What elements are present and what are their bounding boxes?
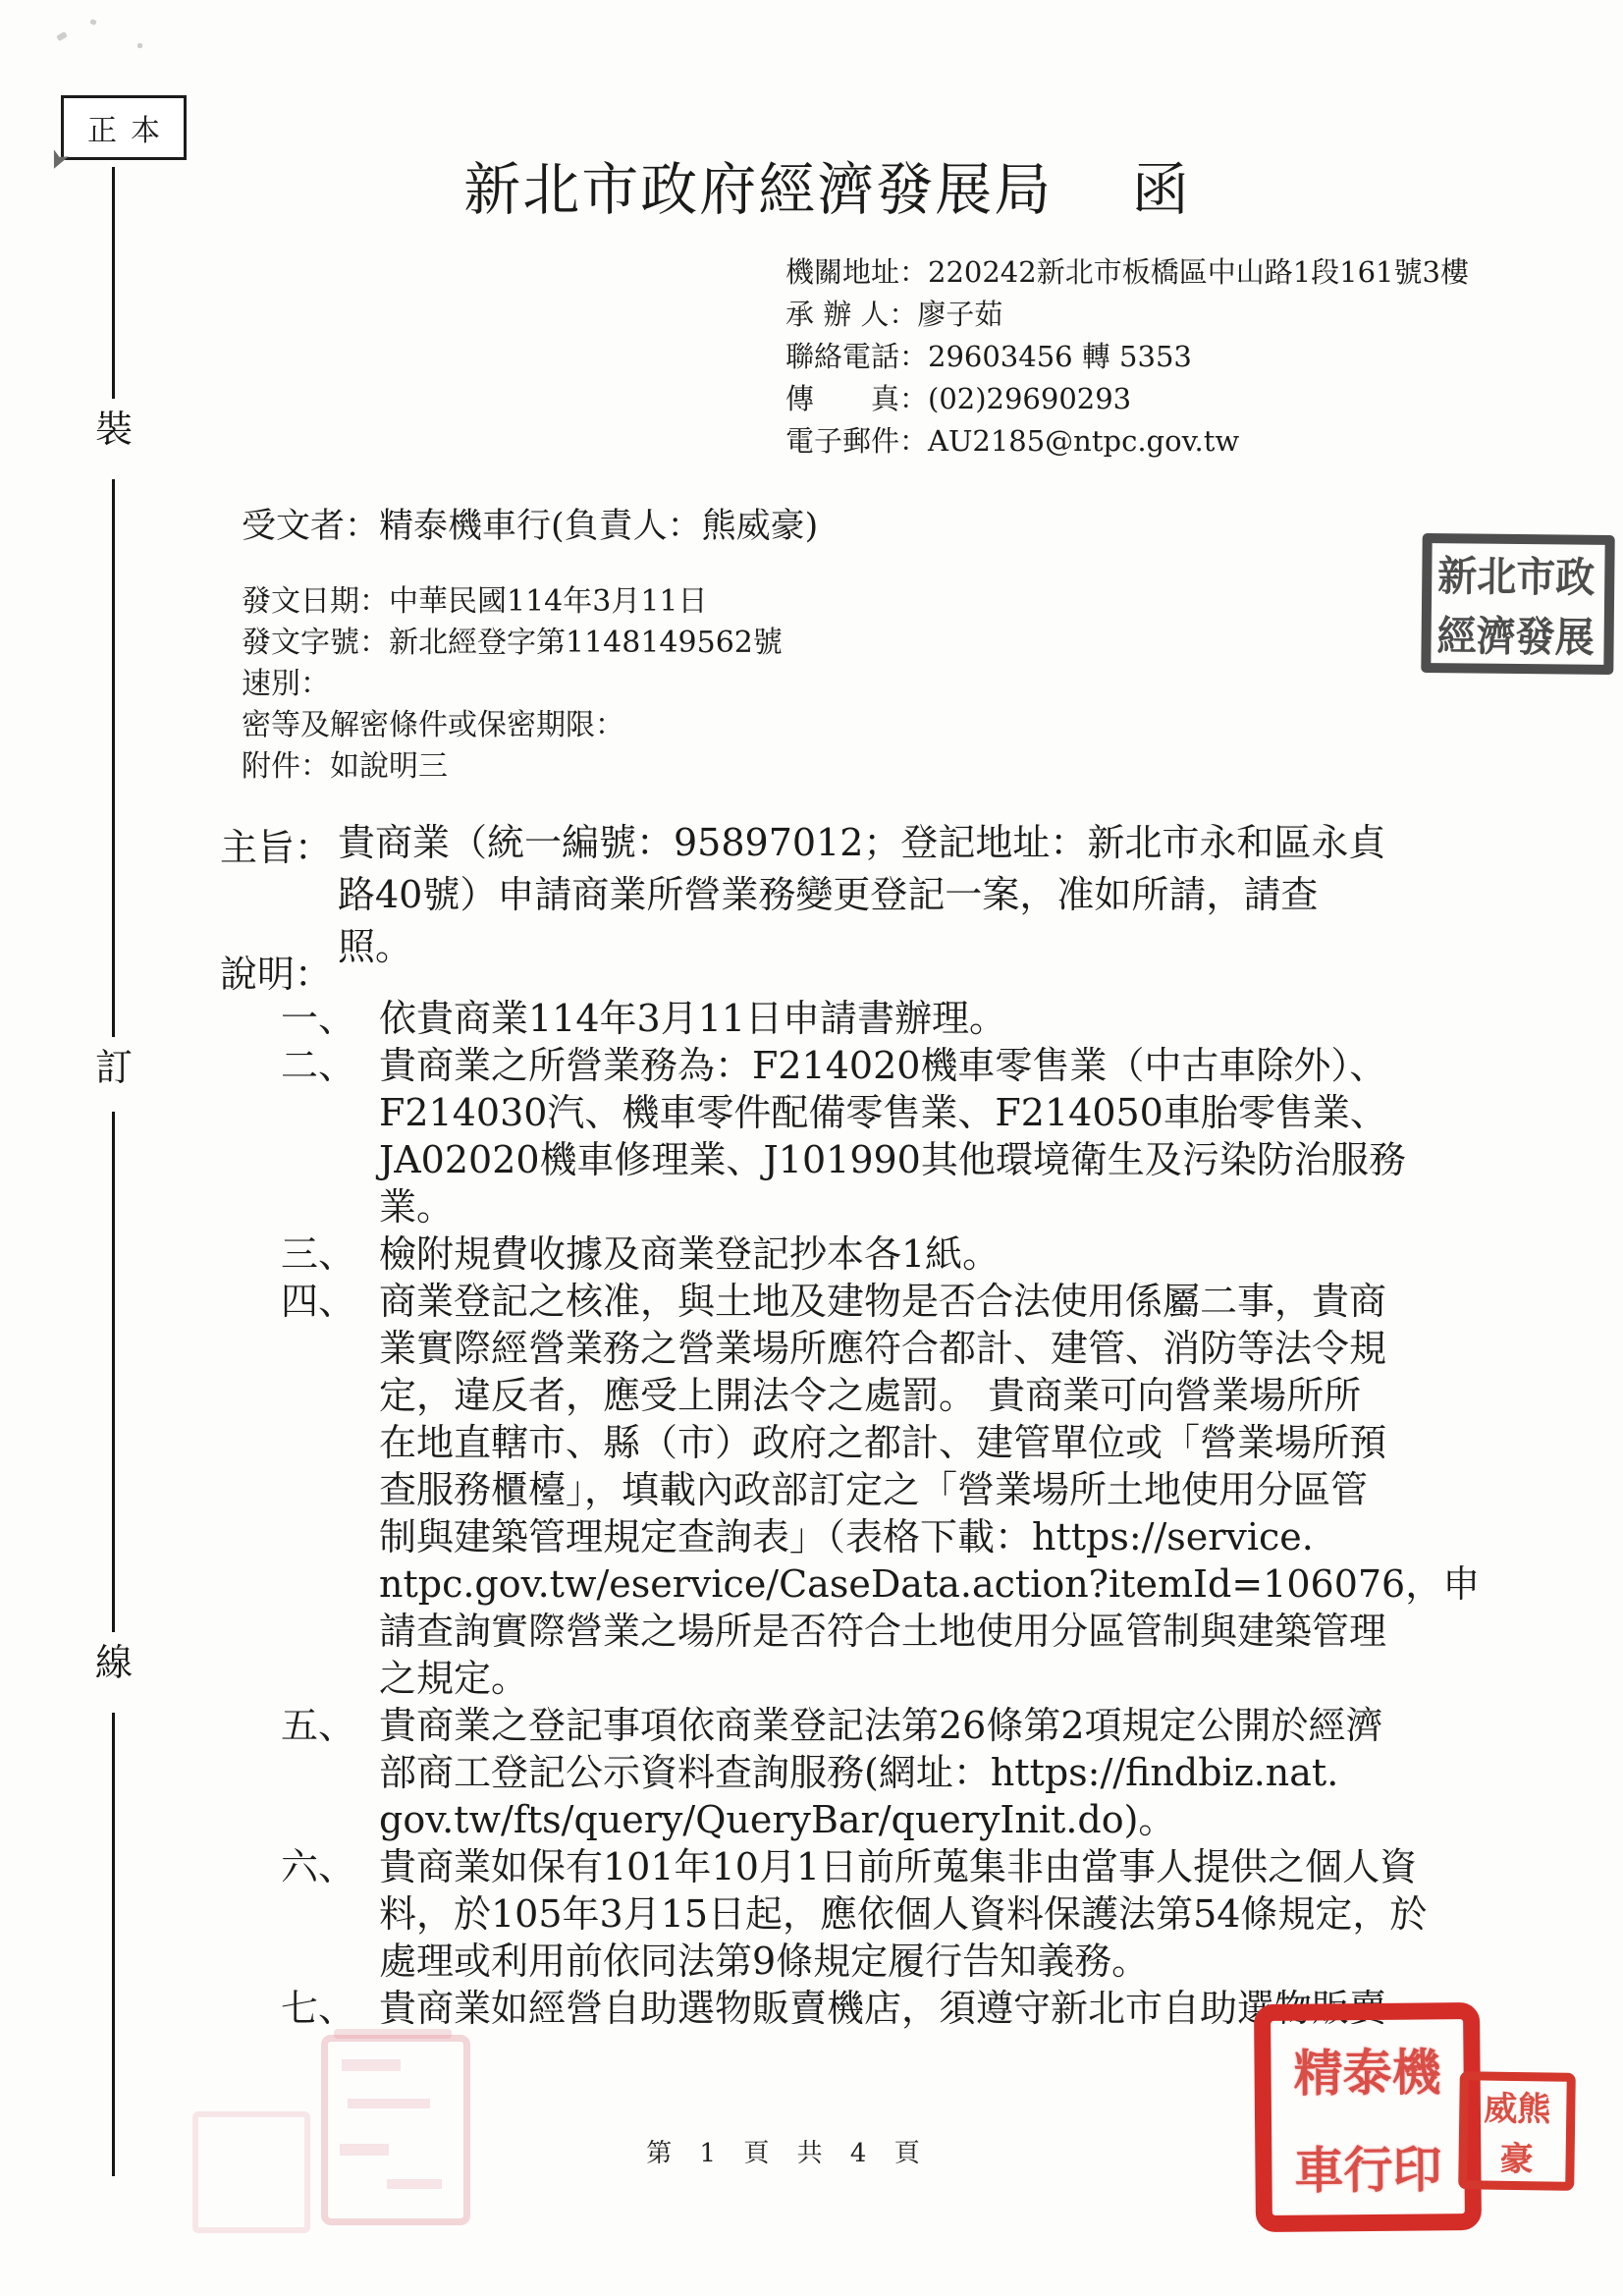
item-line: 制與建築管理規定查詢表」（表格下載：https://service. (379, 1513, 1480, 1560)
item-line: 之規定。 (379, 1655, 1480, 1702)
security-class: 密等及解密條件或保密期限： (242, 705, 783, 746)
subject-line: 路40號）申請商業所營業務變更登記一案，准如所請，請查 (338, 869, 1385, 921)
explanation-item-5: 五、 貴商業之登記事項依商業登記法第26條第2項規定公開於經濟 部商工登記公示資… (281, 1702, 1480, 1843)
agency-contact-person: 承 辦 人：廖子茹 (785, 294, 1469, 336)
subject-block: 主旨： 貴商業（統一編號：95897012；登記地址：新北市永和區永貞 路40號… (220, 817, 1385, 973)
explanation-item-1: 一、 依貴商業114年3月11日申請書辦理。 (281, 995, 1480, 1042)
recipient-line: 受文者：精泰機車行(負責人：熊威豪) (242, 499, 818, 548)
page-number: 第 1 頁 共 4 頁 (0, 2133, 1599, 2169)
item-line: 商業登記之核准，與土地及建物是否合法使用係屬二事，貴商 (379, 1278, 1480, 1325)
doc-number: 發文字號：新北經登字第1148149562號 (242, 623, 783, 664)
item-line: F214030汽、機車零件配備零售業、F214050車胎零售業、 (379, 1089, 1406, 1136)
agency-email: 電子郵件：AU2185@ntpc.gov.tw (785, 420, 1469, 463)
item-line: 貴商業之所營業務為：F214020機車零售業（中古車除外）、 (379, 1042, 1406, 1089)
agency-seal-row: 新北市政 (1432, 544, 1605, 605)
item-line: 貴商業之登記事項依商業登記法第26條第2項規定公開於經濟 (379, 1702, 1383, 1749)
item-number: 二、 (281, 1042, 379, 1230)
document-title: 新北市政府經濟發展局 函 (16, 143, 1623, 226)
subject-line: 貴商業（統一編號：95897012；登記地址：新北市永和區永貞 (338, 817, 1385, 869)
item-line: 查服務櫃檯」，填載內政部訂定之「營業場所土地使用分區管 (379, 1466, 1480, 1513)
item-line: JA02020機車修理業、J101990其他環境衛生及污染防治服務 (379, 1136, 1406, 1183)
owner-seal-row: 威熊 (1468, 2081, 1567, 2130)
explanation-item-6: 六、 貴商業如保有101年10月1日前所蒐集非由當事人提供之個人資 料，於105… (281, 1843, 1480, 1985)
item-number: 六、 (281, 1843, 379, 1985)
binding-line (112, 1112, 115, 1632)
item-number: 四、 (281, 1278, 379, 1702)
speed-class: 速別： (242, 664, 783, 705)
item-number: 三、 (281, 1230, 379, 1278)
subject-text: 貴商業（統一編號：95897012；登記地址：新北市永和區永貞 路40號）申請商… (338, 817, 1385, 973)
binding-mark-top: 裝 (92, 399, 135, 453)
business-seal-row: 精泰機 (1271, 2032, 1464, 2105)
agency-seal-stamp: 新北市政 經濟發展 (1421, 533, 1614, 675)
official-letter-page: 正本 ➤ 裝 訂 線 新北市政府經濟發展局 函 機關地址：220242新北市板橋… (0, 0, 1623, 2296)
pencil-mark (56, 31, 68, 41)
item-line: 請查詢實際營業之場所是否符合土地使用分區管制與建築管理 (379, 1608, 1480, 1655)
owner-name-seal-stamp: 威熊 豪 (1458, 2071, 1576, 2191)
attachment-note: 附件：如說明三 (242, 746, 783, 788)
item-line: 依貴商業114年3月11日申請書辦理。 (379, 995, 1006, 1042)
item-line: 貴商業如經營自助選物販賣機店，須遵守新北市自助選物販賣 (379, 1985, 1386, 2032)
item-number: 一、 (281, 995, 379, 1042)
item-line: gov.tw/fts/query/QueryBar/queryInit.do)。 (379, 1796, 1383, 1843)
business-seal-stamp: 精泰機 車行印 (1254, 2002, 1482, 2232)
binding-mark-bottom: 線 (92, 1632, 135, 1686)
binding-mark-middle: 訂 (92, 1037, 135, 1091)
agency-address: 機關地址：220242新北市板橋區中山路1段161號3樓 (785, 251, 1469, 294)
pencil-mark (137, 43, 142, 48)
explanation-item-2: 二、 貴商業之所營業務為：F214020機車零售業（中古車除外）、 F21403… (281, 1042, 1480, 1230)
item-line: 部商工登記公示資料查詢服務(網址：https://findbiz.nat. (379, 1749, 1383, 1796)
item-line: 貴商業如保有101年10月1日前所蒐集非由當事人提供之個人資 (379, 1843, 1427, 1890)
item-line: 業實際經營業務之營業場所應符合都計、建管、消防等法令規 (379, 1325, 1480, 1372)
item-line: 定，違反者，應受上開法令之處罰。 貴商業可向營業場所所 (379, 1372, 1480, 1419)
explanation-item-3: 三、 檢附規費收據及商業登記抄本各1紙。 (281, 1230, 1480, 1278)
item-line: 料，於105年3月15日起，應依個人資料保護法第54條規定，於 (379, 1890, 1427, 1938)
explanation-items: 一、 依貴商業114年3月11日申請書辦理。 二、 貴商業之所營業務為：F214… (281, 995, 1480, 2032)
item-line: 業。 (379, 1183, 1406, 1230)
ghost-stamp-large (321, 2035, 470, 2225)
item-line: 處理或利用前依同法第9條規定履行告知義務。 (379, 1938, 1427, 1985)
binding-line (112, 1713, 115, 2176)
agency-phone: 聯絡電話：29603456 轉 5353 (785, 336, 1469, 378)
agency-fax: 傳 真：(02)29690293 (785, 378, 1469, 420)
ghost-stamp-small (192, 2111, 310, 2233)
item-line: 檢附規費收據及商業登記抄本各1紙。 (379, 1230, 1000, 1278)
document-meta-block: 發文日期：中華民國114年3月11日 發文字號：新北經登字第1148149562… (242, 581, 783, 788)
item-line: 在地直轄市、縣（市）政府之都計、建管單位或「營業場所預 (379, 1419, 1480, 1466)
binding-line (112, 479, 115, 1037)
item-line: ntpc.gov.tw/eservice/CaseData.action?ite… (379, 1560, 1480, 1608)
item-number: 五、 (281, 1702, 379, 1843)
agency-contact-block: 機關地址：220242新北市板橋區中山路1段161號3樓 承 辦 人：廖子茹 聯… (785, 251, 1469, 463)
explanation-item-4: 四、 商業登記之核准，與土地及建物是否合法使用係屬二事，貴商 業實際經營業務之營… (281, 1278, 1480, 1702)
subject-line: 照。 (338, 921, 1385, 973)
issue-date: 發文日期：中華民國114年3月11日 (242, 581, 783, 623)
item-number: 七、 (281, 1985, 379, 2032)
agency-seal-row: 經濟發展 (1431, 604, 1604, 665)
pencil-mark (89, 19, 96, 26)
explanation-label: 說明： (220, 944, 332, 998)
